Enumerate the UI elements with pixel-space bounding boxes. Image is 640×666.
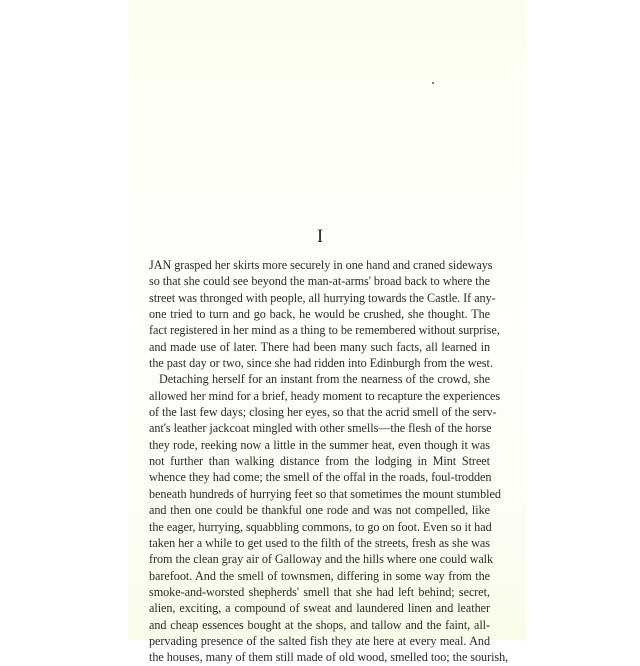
text-line: allowed her mind for a brief, heady mome… (149, 388, 490, 404)
chapter-number: I (0, 226, 640, 248)
text-line: smoke-and-worsted shepherds' smell that … (149, 584, 490, 600)
text-line: the eager, hurrying, squabbling commons,… (149, 519, 490, 535)
text-line: one tried to turn and go back, he would … (149, 306, 490, 322)
chapter-body: JAN grasped her skirts more securely in … (149, 257, 490, 640)
text-line: JAN grasped her skirts more securely in … (149, 257, 490, 273)
text-line: pervading presence of the salted fish th… (149, 633, 490, 640)
text-line: ant's leather jackcoat mingled with othe… (149, 420, 490, 436)
text-line: Detaching herself for an instant from th… (149, 371, 490, 387)
text-line: and made use of later. There had been ma… (149, 339, 490, 355)
text-line: street was thronged with people, all hur… (149, 290, 490, 306)
text-line: and cheap essences bought at the shops, … (149, 617, 490, 633)
text-line: barefoot. And the smell of townsmen, dif… (149, 568, 490, 584)
text-line: fact registered in her mind as a thing t… (149, 322, 490, 338)
text-line: so that she could see beyond the man-at-… (149, 273, 490, 289)
paper-speck (432, 82, 434, 84)
text-line: not further than walking distance from t… (149, 453, 490, 469)
text-line: alien, exciting, a compound of sweat and… (149, 600, 490, 616)
text-line: beneath hundreds of hurrying feet so tha… (149, 486, 490, 502)
text-line: of the last few days; closing her eyes, … (149, 404, 490, 420)
text-line: taken her a while to get used to the fil… (149, 535, 490, 551)
text-line: whence they had come; the smell of the o… (149, 469, 490, 485)
text-line: they rode, reeking now a little in the s… (149, 437, 490, 453)
text-line: the past day or two, since she had ridde… (149, 355, 490, 371)
text-line: and then one could be thankful one rode … (149, 502, 490, 518)
text-line: from the clean gray air of Galloway and … (149, 551, 490, 567)
